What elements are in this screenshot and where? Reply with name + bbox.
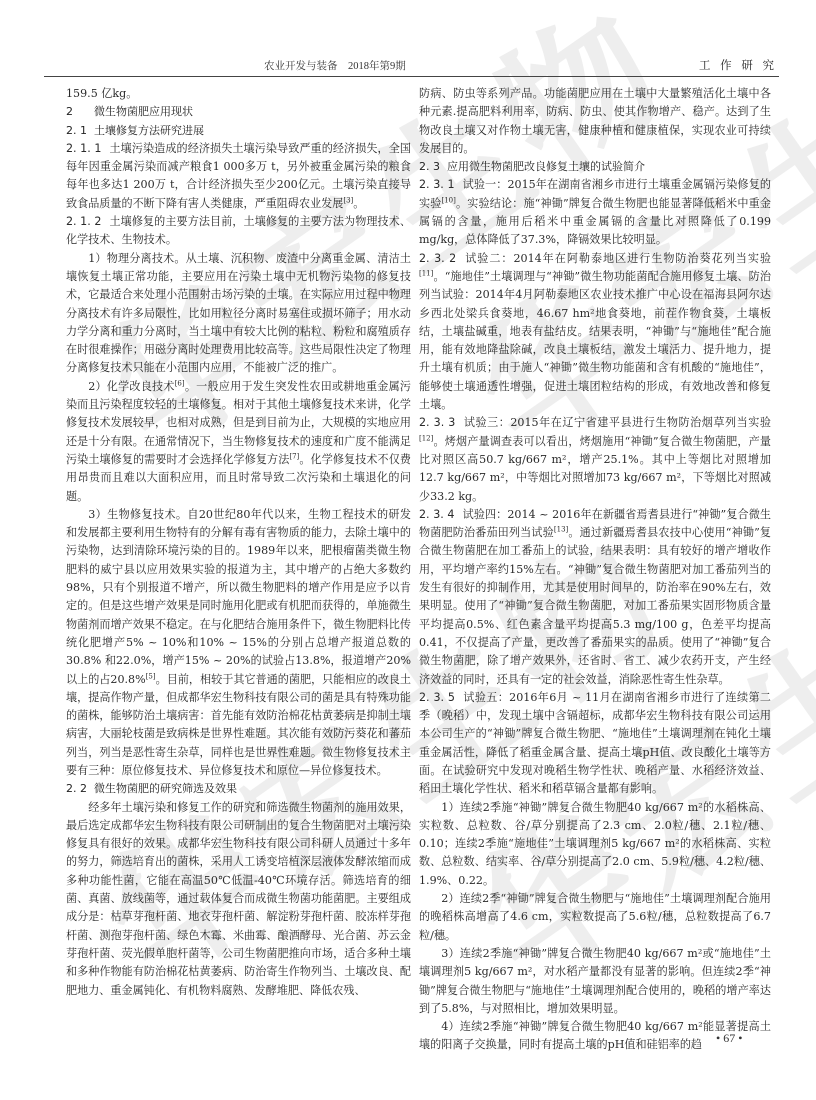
paragraph-text: 。通过新疆焉耆县农技中心使用“神锄”复合微生物菌肥在加工番茄上的试验，结果表明：… [419,526,771,685]
paragraph: 2）化学改良技术[6]。一般应用于发生突发性农田或耕地重金属污染而且污染程度较轻… [66,378,411,506]
paragraph-text: 。烤烟产量调查表可以看出，烤烟施用“神锄”复合微生物菌肥，产量比对照区高50.7… [419,435,771,503]
citation[interactable]: [10] [441,196,455,204]
paragraph-text: 。目前，相较于其它普通的菌肥，只能相应的改良土壤，提高作物产量，但成都华宏生物科… [66,673,411,777]
section-number: 2. 3 [419,158,447,176]
paragraph-text: 试验三：2015年在辽宁省建平县进行生物防治烟草列当实验 [463,416,771,429]
citation[interactable]: [12] [419,434,433,442]
section-number: 2. 3. 2 [419,252,456,265]
page-number: • 67 • [716,1031,742,1046]
left-column: 159.5 亿kg。 2微生物菌肥应用现状 2. 1土壤修复方法研究进展 2. … [66,85,411,1000]
paragraph: 3）生物修复技术。自20世纪80年代以来，生物工程技术的研发和发展都主要利用生物… [66,506,411,780]
paragraph: 2. 3. 2试验二：2014年在阿勒泰地区进行生物防治葵花列当实验[11]。“… [419,250,771,415]
paragraph: 2. 3. 1试验一：2015年在湖南省湘乡市进行土壤重金属镉污染修复的实验[1… [419,176,771,249]
paragraph-text: 。实验结论：施“神锄”牌复合微生物肥也能显著降低稻米中重金属镉的含量，施用后稻米… [419,197,771,247]
section-tag: 工 作 研 究 [699,57,777,73]
section-number: 2 [66,103,94,121]
journal-info: 农业开发与装备 2018年第9期 [264,58,406,73]
citation[interactable]: [11] [419,269,433,277]
paragraph: 2. 1. 2土壤修复的主要方法目前，土壤修复的主要方法为物理技术、化学技术、生… [66,213,411,250]
section-number: 2. 3. 1 [419,178,455,191]
citation[interactable]: [13] [554,525,568,533]
paragraph: 经多年土壤污染和修复工作的研究和筛选微生物菌剂的施用效果，最后选定成都华宏生物科… [66,799,411,1000]
section-number: 2. 1. 2 [66,215,101,228]
citation[interactable]: [5] [146,672,156,680]
subsection-heading: 2. 1土壤修复方法研究进展 [66,122,411,140]
section-number: 2. 1. 1 [66,142,101,155]
section-number: 2. 3. 4 [419,508,454,521]
paragraph-text: 。“施地佳”土壤调理与“神锄”微生物功能菌配合施用修复土壤、防治列当试验：201… [419,270,771,411]
citation[interactable]: [6] [175,379,185,387]
paragraph-text: 2）化学改良技术 [88,380,175,393]
paragraph: 1）物理分离技术。从土壤、沉积物、废渣中分离重金属、清洁土壤恢复土壤正常功能，主… [66,250,411,378]
paragraph: 2. 1. 1土壤污染造成的经济损失土壤污染导致严重的经济损失，全国每年因重金属… [66,140,411,213]
section-title: 应用微生物菌肥改良修复土壤的试验简介 [447,160,645,173]
paragraph-text: 3）生物修复技术。自20世纪80年代以来，生物工程技术的研发和发展都主要利用生物… [66,508,411,686]
section-title: 微生物菌肥应用现状 [94,105,193,118]
right-column: 防病、防虫等系列产品。功能菌肥应用在土壤中大量繁殖活化土壤中各种元素.提高肥料利… [419,85,771,1055]
result-item: 2）连续2季“神锄”牌复合微生物肥与“施地佳”土壤调理剂配合施用的晚稻株高增高了… [419,890,771,945]
paragraph: 2. 3. 5试验五：2016年6月 ~ 11月在湖南省湘乡市进行了连续第二季（… [419,689,771,799]
section-number: 2. 3. 5 [419,691,455,704]
running-head: 农业开发与装备 2018年第9期 工 作 研 究 [44,58,779,77]
paragraph: 防病、防虫等系列产品。功能菌肥应用在土壤中大量繁殖活化土壤中各种元素.提高肥料利… [419,85,771,158]
paragraph-text: 。 [353,197,364,210]
subsection-heading: 2. 3应用微生物菌肥改良修复土壤的试验简介 [419,158,771,176]
paragraph: 2. 3. 3试验三：2015年在辽宁省建平县进行生物防治烟草列当实验[12]。… [419,414,771,505]
paragraph: 2. 3. 4试验四：2014 ~ 2016年在新疆省焉耆县进行“神锄”复合微生… [419,506,771,689]
section-number: 2. 1 [66,122,94,140]
section-heading: 2微生物菌肥应用现状 [66,103,411,121]
section-number: 2. 2 [66,780,94,798]
section-title: 土壤修复方法研究进展 [94,124,204,137]
result-item: 1）连续2季施“神锄”牌复合微生物肥40 kg/667 m²的水稻株高、实粒数、… [419,799,771,890]
citation[interactable]: [7] [289,452,299,460]
result-item: 3）连续2季施“神锄”牌复合微生物肥40 kg/667 m²或“施地佳”土壤调理… [419,945,771,1018]
paragraph-text: 土壤修复的主要方法目前，土壤修复的主要方法为物理技术、化学技术、生物技术。 [66,215,411,246]
citation[interactable]: [3] [343,196,353,204]
paragraph: 159.5 亿kg。 [66,85,411,103]
subsection-heading: 2. 2微生物菌肥的研究筛选及效果 [66,780,411,798]
paragraph-text: 试验二：2014年在阿勒泰地区进行生物防治葵花列当实验 [464,252,771,265]
paragraph-text: 试验五：2016年6月 ~ 11月在湖南省湘乡市进行了连续第二季（晚稻）中，发现… [419,691,771,795]
section-title: 微生物菌肥的研究筛选及效果 [94,782,237,795]
section-number: 2. 3. 3 [419,416,455,429]
